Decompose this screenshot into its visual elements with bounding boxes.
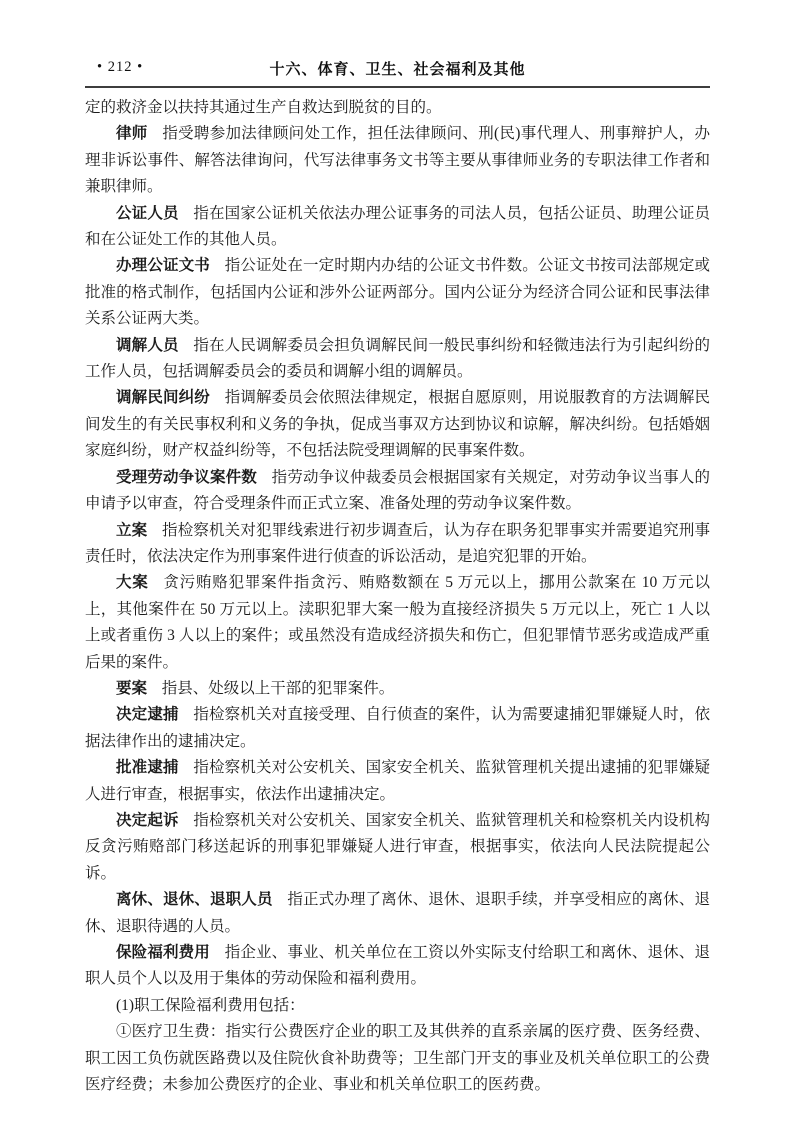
paragraph-continuation: 定的救济金以扶持其通过生产自救达到脱贫的目的。	[85, 95, 710, 121]
definition-entry: 立案指检察机关对犯罪线索进行初步调查后，认为存在职务犯罪事实并需要追究刑事责任时…	[85, 518, 710, 571]
term-labor-dispute-cases: 受理劳动争议案件数	[116, 469, 257, 486]
definition-text: 指县、处级以上干部的犯罪案件。	[162, 680, 395, 697]
term-mediators: 调解人员	[116, 337, 179, 354]
definition-entry: 大案贪污贿赂犯罪案件指贪污、贿赂数额在 5 万元以上，挪用公款案在 10 万元以…	[85, 570, 710, 676]
definition-entry: 调解人员指在人民调解委员会担负调解民间一般民事纠纷和轻微违法行为引起纠纷的工作人…	[85, 333, 710, 386]
term-decide-prosecution: 决定起诉	[116, 812, 179, 829]
definition-entry: 公证人员指在国家公证机关依法办理公证事务的司法人员，包括公证员、助理公证员和在公…	[85, 201, 710, 254]
definition-entry: 保险福利费用指企业、事业、机关单位在工资以外实际支付给职工和离休、退休、退职人员…	[85, 940, 710, 993]
definition-entry: 决定起诉指检察机关对公安机关、国家安全机关、监狱管理机关和检察机关内设机构反贪污…	[85, 808, 710, 887]
body-text: 定的救济金以扶持其通过生产自救达到脱贫的目的。 律师指受聘参加法律顾问处工作，担…	[85, 95, 710, 1098]
list-item-medical-expenses: ①医疗卫生费：指实行公费医疗企业的职工及其供养的直系亲属的医疗费、医务经费、职工…	[85, 1019, 710, 1098]
term-insurance-welfare-expenses: 保险福利费用	[116, 944, 210, 961]
term-notarial-documents: 办理公证文书	[116, 257, 210, 274]
term-case-filing: 立案	[116, 522, 147, 539]
running-header: • 212 • 十六、体育、卫生、社会福利及其他	[85, 56, 710, 88]
definition-entry: 批准逮捕指检察机关对公安机关、国家安全机关、监狱管理机关提出逮捕的犯罪嫌疑人进行…	[85, 755, 710, 808]
definition-entry: 决定逮捕指检察机关对直接受理、自行侦查的案件，认为需要逮捕犯罪嫌疑人时，依据法律…	[85, 702, 710, 755]
definition-entry: 要案指县、处级以上干部的犯罪案件。	[85, 676, 710, 702]
definition-text: 指受聘参加法律顾问处工作，担任法律顾问、刑(民)事代理人、刑事辩护人，办理非诉讼…	[85, 125, 710, 195]
definition-entry: 律师指受聘参加法律顾问处工作，担任法律顾问、刑(民)事代理人、刑事辩护人，办理非…	[85, 121, 710, 200]
term-retired-personnel: 离休、退休、退职人员	[116, 891, 273, 908]
definition-entry: 受理劳动争议案件数指劳动争议仲裁委员会根据国家有关规定，对劳动争议当事人的申请予…	[85, 465, 710, 518]
document-page: • 212 • 十六、体育、卫生、社会福利及其他 定的救济金以扶持其通过生产自救…	[0, 0, 794, 1122]
definition-text: 贪污贿赂犯罪案件指贪污、贿赂数额在 5 万元以上，挪用公款案在 10 万元以上，…	[85, 574, 710, 670]
term-notary-personnel: 公证人员	[116, 205, 179, 222]
term-approve-arrest: 批准逮捕	[116, 759, 179, 776]
term-decide-arrest: 决定逮捕	[116, 706, 179, 723]
term-important-cases: 要案	[116, 680, 147, 697]
definition-entry: 调解民间纠纷指调解委员会依照法律规定，根据自愿原则，用说服教育的方法调解民间发生…	[85, 385, 710, 464]
term-major-cases: 大案	[116, 574, 149, 591]
definition-text: 指检察机关对犯罪线索进行初步调查后，认为存在职务犯罪事实并需要追究刑事责任时，依…	[85, 522, 710, 565]
definition-entry: 办理公证文书指公证处在一定时期内办结的公证文书件数。公证文书按司法部规定或批准的…	[85, 253, 710, 332]
definition-entry: 离休、退休、退职人员指正式办理了离休、退休、退职手续，并享受相应的离休、退休、退…	[85, 887, 710, 940]
term-civil-dispute-mediation: 调解民间纠纷	[116, 389, 210, 406]
list-intro: (1)职工保险福利费用包括：	[85, 993, 710, 1019]
term-lawyer: 律师	[116, 125, 148, 142]
chapter-title: 十六、体育、卫生、社会福利及其他	[85, 58, 710, 79]
